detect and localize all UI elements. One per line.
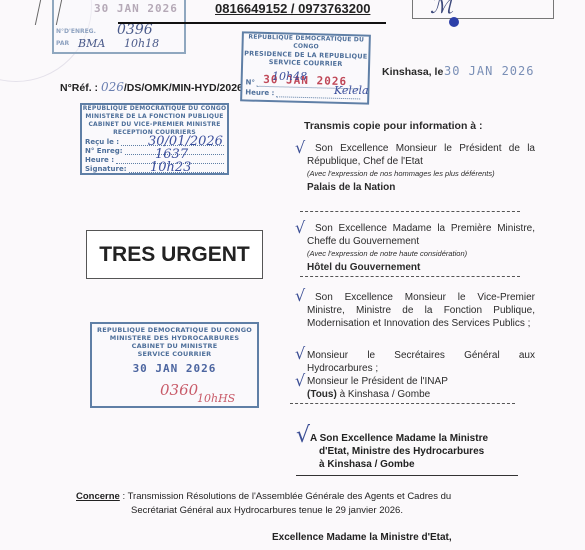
- stamp-date: 30 JAN 2026: [94, 2, 178, 15]
- stamp-line: MINISTERE DE LA FONCTION PUBLIQUE: [82, 113, 227, 121]
- recipient-text: Monsieur le Secrétaires Général aux Hydr…: [307, 349, 535, 375]
- handwritten-par: BMA: [78, 37, 105, 50]
- stamp-line: CABINET DU VICE-PREMIER MINISTRE: [82, 121, 227, 129]
- addressee-underline: [296, 475, 518, 476]
- copy-recipient: Son Excellence Madame la Première Minist…: [307, 222, 535, 274]
- place-label: Kinshasa, le: [382, 66, 443, 78]
- subject-label: Concerne: [76, 491, 120, 502]
- stamp-date: 30 JAN 2026: [92, 362, 257, 375]
- handwritten-signature-top-right: ℳ: [430, 0, 454, 19]
- handwritten-enreg-number: 0396: [117, 22, 153, 38]
- subject-text-continued: Secrétariat Général aux Hydrocarbures te…: [76, 504, 556, 518]
- addressee-block: A Son Excellence Madame la Ministre d'Et…: [300, 432, 535, 471]
- subject-text: : Transmission Résolutions de l'Assemblé…: [120, 491, 451, 502]
- stamp-line: MINISTERE DES HYDROCARBURES: [92, 334, 257, 342]
- stamp-line: REPUBLIQUE DEMOCRATIQUE DU CONGO: [92, 326, 257, 334]
- checkmark-icon: √: [295, 371, 305, 390]
- document-date: 30 JAN 2026: [444, 64, 534, 78]
- handwritten-presidency-no: 10h48: [272, 70, 307, 83]
- reference-label: N°Réf. :: [60, 82, 98, 94]
- copy-recipient: Monsieur le Secrétaires Général aux Hydr…: [307, 349, 535, 375]
- copy-recipient: Son Excellence Monsieur le Vice-Premier …: [307, 291, 535, 330]
- recipient-group-location: (Tous) à Kinshasa / Gombe: [307, 388, 535, 401]
- addressee-line: d'Etat, Ministre des Hydrocarbures: [300, 445, 535, 458]
- salutation: Excellence Madame la Ministre d'Etat,: [272, 532, 452, 543]
- copy-list: Transmis copie pour information à :: [307, 120, 535, 133]
- copy-list-title: Transmis copie pour information à :: [304, 120, 535, 133]
- recipient-note: (Avec l'expression de nos hommages les p…: [307, 169, 535, 178]
- recipient-note: (Avec l'expression de notre haute consid…: [307, 249, 535, 258]
- stamp-line: SERVICE COURRIER: [92, 350, 257, 358]
- recipient-text: Monsieur le Président de l'INAP: [307, 375, 535, 388]
- checkmark-icon: √: [295, 344, 305, 363]
- separator: [300, 211, 520, 212]
- urgent-label: TRES URGENT: [86, 230, 263, 279]
- header-phone: 0816649152 / 0973763200: [215, 1, 370, 16]
- recipient-location: Palais de la Nation: [307, 181, 535, 194]
- addressee-line: à Kinshasa / Gombe: [300, 458, 535, 471]
- addressee-line: A Son Excellence Madame la Ministre: [300, 432, 535, 445]
- copy-recipient: Monsieur le Président de l'INAP (Tous) à…: [307, 375, 535, 401]
- handwritten-presidency-heure: Kelela: [334, 84, 369, 97]
- recipient-text: Son Excellence Madame la Première Minist…: [307, 222, 535, 248]
- separator: [290, 403, 515, 404]
- recipient-text: Son Excellence Monsieur le Président de …: [307, 142, 535, 168]
- separator: [300, 276, 520, 277]
- handwritten-heure: 10h23: [150, 160, 191, 175]
- handwritten-courrier-time: 10hHS: [197, 392, 235, 405]
- handwritten-courrier-number: 0360: [160, 381, 198, 399]
- recipient-text: Son Excellence Monsieur le Vice-Premier …: [307, 291, 535, 330]
- header-divider: [118, 22, 386, 24]
- stamp-field-par: PAR: [56, 40, 69, 47]
- checkmark-icon: √: [295, 286, 305, 305]
- reference-number: N°Réf. : 026/DS/OMK/MIN-HYD/2026: [60, 80, 243, 94]
- copy-recipient: Son Excellence Monsieur le Président de …: [307, 142, 535, 194]
- reference-suffix: /DS/OMK/MIN-HYD/2026: [124, 82, 243, 94]
- subject-block: Concerne : Transmission Résolutions de l…: [76, 490, 556, 518]
- checkmark-icon: √: [295, 218, 305, 237]
- stamp-field-enreg: N°D'ENREG.: [56, 28, 96, 35]
- recipient-location: Hôtel du Gouvernement: [307, 261, 535, 274]
- reference-value: 026: [101, 80, 124, 94]
- checkmark-icon: √: [295, 138, 305, 157]
- handwritten-time: 10h18: [124, 37, 159, 50]
- stamp-line: CABINET DU MINISTRE: [92, 342, 257, 350]
- stamp-line: REPUBLIQUE DEMOCRATIQUE DU CONGO: [82, 105, 227, 113]
